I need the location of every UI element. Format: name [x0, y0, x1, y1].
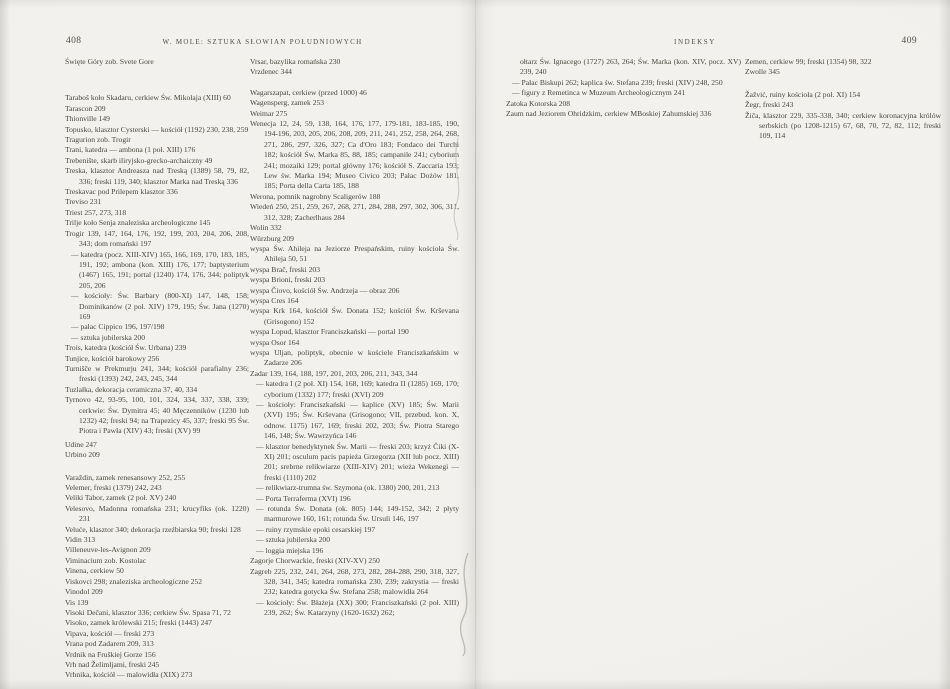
- index-entry: ołtarz Św. Ignacego (1727) 263, 264; Św.…: [506, 57, 741, 78]
- index-entry: Wiedeń 250, 251, 259, 267, 268, 271, 284…: [250, 202, 459, 223]
- index-entry: Święte Góry zob. Svete Gore: [65, 57, 249, 67]
- index-entry: Veliki Tabor, zamek (2 poł. XV) 240: [65, 493, 249, 503]
- index-entry: Weimar 275: [250, 109, 459, 119]
- index-entry: Urbino 209: [65, 450, 249, 460]
- index-column-right-page-2: Zemen, cerkiew 99; freski (1354) 98, 322…: [745, 57, 941, 142]
- index-entry: Žažvić, ruiny kościoła (2 poł. XI) 154: [745, 90, 941, 100]
- index-entry: Vrdnik na Fruškiej Gorze 156: [65, 650, 249, 660]
- index-entry: Vinodol 209: [65, 587, 249, 597]
- index-entry: Turnišče w Prekmurju 241, 344; kościół p…: [65, 364, 249, 385]
- index-entry: Werona, pomnik nagrobny Scaligerów 188: [250, 192, 459, 202]
- index-entry: Treskavac pod Prilepem klasztor 336: [65, 187, 249, 197]
- index-entry: Wolin 332: [250, 223, 459, 233]
- index-entry: Zaum nad Jeziorem Ohridzkim, cerkiew MBo…: [506, 109, 741, 119]
- index-entry: — Pałac Biskupi 262; kaplica św. Stefana…: [506, 78, 741, 88]
- index-entry: Zwolle 345: [745, 67, 941, 77]
- index-entry: Vidin 313: [65, 535, 249, 545]
- index-entry: Zadar 139, 164, 188, 197, 201, 203, 206,…: [250, 369, 459, 379]
- index-entry: Tragurion zob. Trogir: [65, 135, 249, 145]
- index-entry: Žiča, klasztor 229, 335-338, 340; cerkie…: [745, 111, 941, 142]
- index-entry: Zemen, cerkiew 99; freski (1354) 98, 322: [745, 57, 941, 67]
- index-entry: — sztuka jubilerska 200: [65, 333, 249, 343]
- right-page-running-title: INDEKSY: [505, 38, 885, 46]
- section-gap: [65, 461, 249, 473]
- index-entry: Vrh nad Želimljami, freski 245: [65, 660, 249, 670]
- book-scan: 408 W. MOLE: SZTUKA SŁOWIAN POŁUDNIOWYCH…: [0, 0, 950, 689]
- index-column-left-page-1: Święte Góry zob. Svete GoreTaraboš koło …: [65, 57, 249, 681]
- index-entry: Wagarszapat, cerkiew (przed 1000) 46: [250, 88, 459, 98]
- index-column-right-page-1: ołtarz Św. Ignacego (1727) 263, 264; Św.…: [506, 57, 741, 119]
- index-entry: — kościoły: Św. Błażeja (XX) 300; Franci…: [250, 598, 459, 619]
- index-entry: Würzburg 209: [250, 234, 459, 244]
- index-entry: Trebenište, skarb iliryjsko-grecko-archa…: [65, 156, 249, 166]
- index-entry: wyspa Cres 164: [250, 296, 459, 306]
- index-entry: — kościoły: Św. Barbary (800-XI) 147, 14…: [65, 291, 249, 322]
- index-entry: Vrsar, bazylika romańska 230: [250, 57, 459, 67]
- section-gap: [745, 78, 941, 90]
- index-entry: Vrhnika, kościół — malowidła (XIX) 273: [65, 670, 249, 680]
- index-entry: Tuzlałka, dekoracja ceramiczna 37, 40, 3…: [65, 385, 249, 395]
- index-entry: Trois, katedra (kościół Św. Urbana) 239: [65, 343, 249, 353]
- index-entry: wyspa Uljan, poliptyk, obecnie w kościel…: [250, 348, 459, 369]
- index-entry: wyspa Św. Ahileja na Jeziorze Prespański…: [250, 244, 459, 265]
- index-entry: Zagreb 225, 232, 241, 264, 268, 273, 282…: [250, 567, 459, 598]
- index-entry: Velemer, freski (1379) 242, 243: [65, 483, 249, 493]
- index-entry: Varaždin, zamek renesansowy 252, 255: [65, 473, 249, 483]
- index-entry: Udine 247: [65, 440, 249, 450]
- index-entry: — relikwiarz-trumna św. Szymona (ok. 138…: [250, 483, 459, 493]
- index-entry: Treska, klasztor Andreasza nad Treską (1…: [65, 166, 249, 187]
- index-entry: Žegr, freski 243: [745, 100, 941, 110]
- index-entry: wyspa Krk 164, kościół Św. Donata 152; k…: [250, 306, 459, 327]
- page-gutter-line: [475, 0, 476, 689]
- index-entry: wyspa Brioni, freski 203: [250, 275, 459, 285]
- index-entry: Veluće, klasztor 340; dekoracja rzeźbiar…: [65, 525, 249, 535]
- index-entry: Velesovo, Madonna romańska 231; krucyfik…: [65, 504, 249, 525]
- index-entry: Treviso 231: [65, 197, 249, 207]
- index-entry: — figury z Remetinca w Muzeum Archeologi…: [506, 88, 741, 98]
- index-entry: Villeneuve-les-Avignon 209: [65, 545, 249, 555]
- index-entry: Vis 139: [65, 598, 249, 608]
- index-entry: Visoki Dečani, klasztor 336; cerkiew Św.…: [65, 608, 249, 618]
- index-entry: wyspa Lopud, klasztor Franciszkański — p…: [250, 327, 459, 337]
- index-entry: Visoko, zamek królewski 215; freski (144…: [65, 618, 249, 628]
- index-entry: Viskovci 298; znaleziska archeologiczne …: [65, 577, 249, 587]
- index-entry: Viminacium zob. Kostolac: [65, 556, 249, 566]
- index-entry: Topusko, klasztor Cysterski — kościół (1…: [65, 125, 249, 135]
- index-entry: — ruiny rzymskie epoki cesarskiej 197: [250, 525, 459, 535]
- index-entry: Trani, katedra — ambona (1 poł. XIII) 17…: [65, 145, 249, 155]
- index-entry: wyspa Osor 164: [250, 338, 459, 348]
- index-entry: Tyrnovo 42, 93-95, 100, 101, 324, 334, 3…: [65, 395, 249, 437]
- right-page-number: 409: [840, 36, 917, 46]
- section-gap: [65, 67, 249, 93]
- index-entry: Vrana pod Zadarem 209, 313: [65, 639, 249, 649]
- index-entry: Trilje koło Senja znaleziska archeologic…: [65, 218, 249, 228]
- index-entry: Zatoka Kotorska 208: [506, 99, 741, 109]
- index-entry: Vipava, kościół — freski 273: [65, 629, 249, 639]
- index-entry: Wenecja 12, 24, 59, 138, 164, 176, 177, …: [250, 119, 459, 192]
- index-entry: wyspa Čiovo, kościół Św. Andrzeja — obra…: [250, 286, 459, 296]
- index-entry: Tarascon 209: [65, 104, 249, 114]
- index-entry: Vinena, cerkiew 50: [65, 566, 249, 576]
- index-entry: Thionville 149: [65, 114, 249, 124]
- index-entry: Triest 257, 273, 318: [65, 208, 249, 218]
- index-entry: — katedra (pocz. XIII-XIV) 165, 166, 169…: [65, 250, 249, 292]
- index-entry: Tunjice, kościół barokowy 256: [65, 354, 249, 364]
- index-entry: — sztuka jubilerska 200: [250, 535, 459, 545]
- index-entry: — klasztor benedyktynek Św. Marii — fres…: [250, 442, 459, 484]
- index-entry: — rotunda Św. Donata (ok. 805) 144; 149-…: [250, 504, 459, 525]
- index-column-left-page-2: Vrsar, bazylika romańska 230Vrzdenec 344…: [250, 57, 459, 619]
- scan-crease-mark-bottom: [461, 553, 468, 656]
- left-page-running-title: W. MOLE: SZTUKA SŁOWIAN POŁUDNIOWYCH: [65, 38, 460, 46]
- index-entry: — loggia miejska 196: [250, 546, 459, 556]
- index-entry: — kościoły: Franciszkański — kaplice (XV…: [250, 400, 459, 442]
- index-entry: Trogir 139, 147, 164, 176, 192, 199, 203…: [65, 229, 249, 250]
- index-entry: Zagorje Chorwackie, freski (XIV-XV) 250: [250, 556, 459, 566]
- index-entry: — Porta Terraferma (XVI) 196: [250, 494, 459, 504]
- section-gap: [250, 78, 459, 88]
- index-entry: — pałac Cippico 196, 197/198: [65, 322, 249, 332]
- index-entry: Wagensperg, zamek 253: [250, 98, 459, 108]
- index-entry: wyspa Brač, freski 203: [250, 265, 459, 275]
- index-entry: Taraboš koło Skadaru, cerkiew Św. Mikoła…: [65, 93, 249, 103]
- index-entry: Vrzdenec 344: [250, 67, 459, 77]
- index-entry: — katedra I (2 poł. XI) 154, 168, 169; k…: [250, 379, 459, 400]
